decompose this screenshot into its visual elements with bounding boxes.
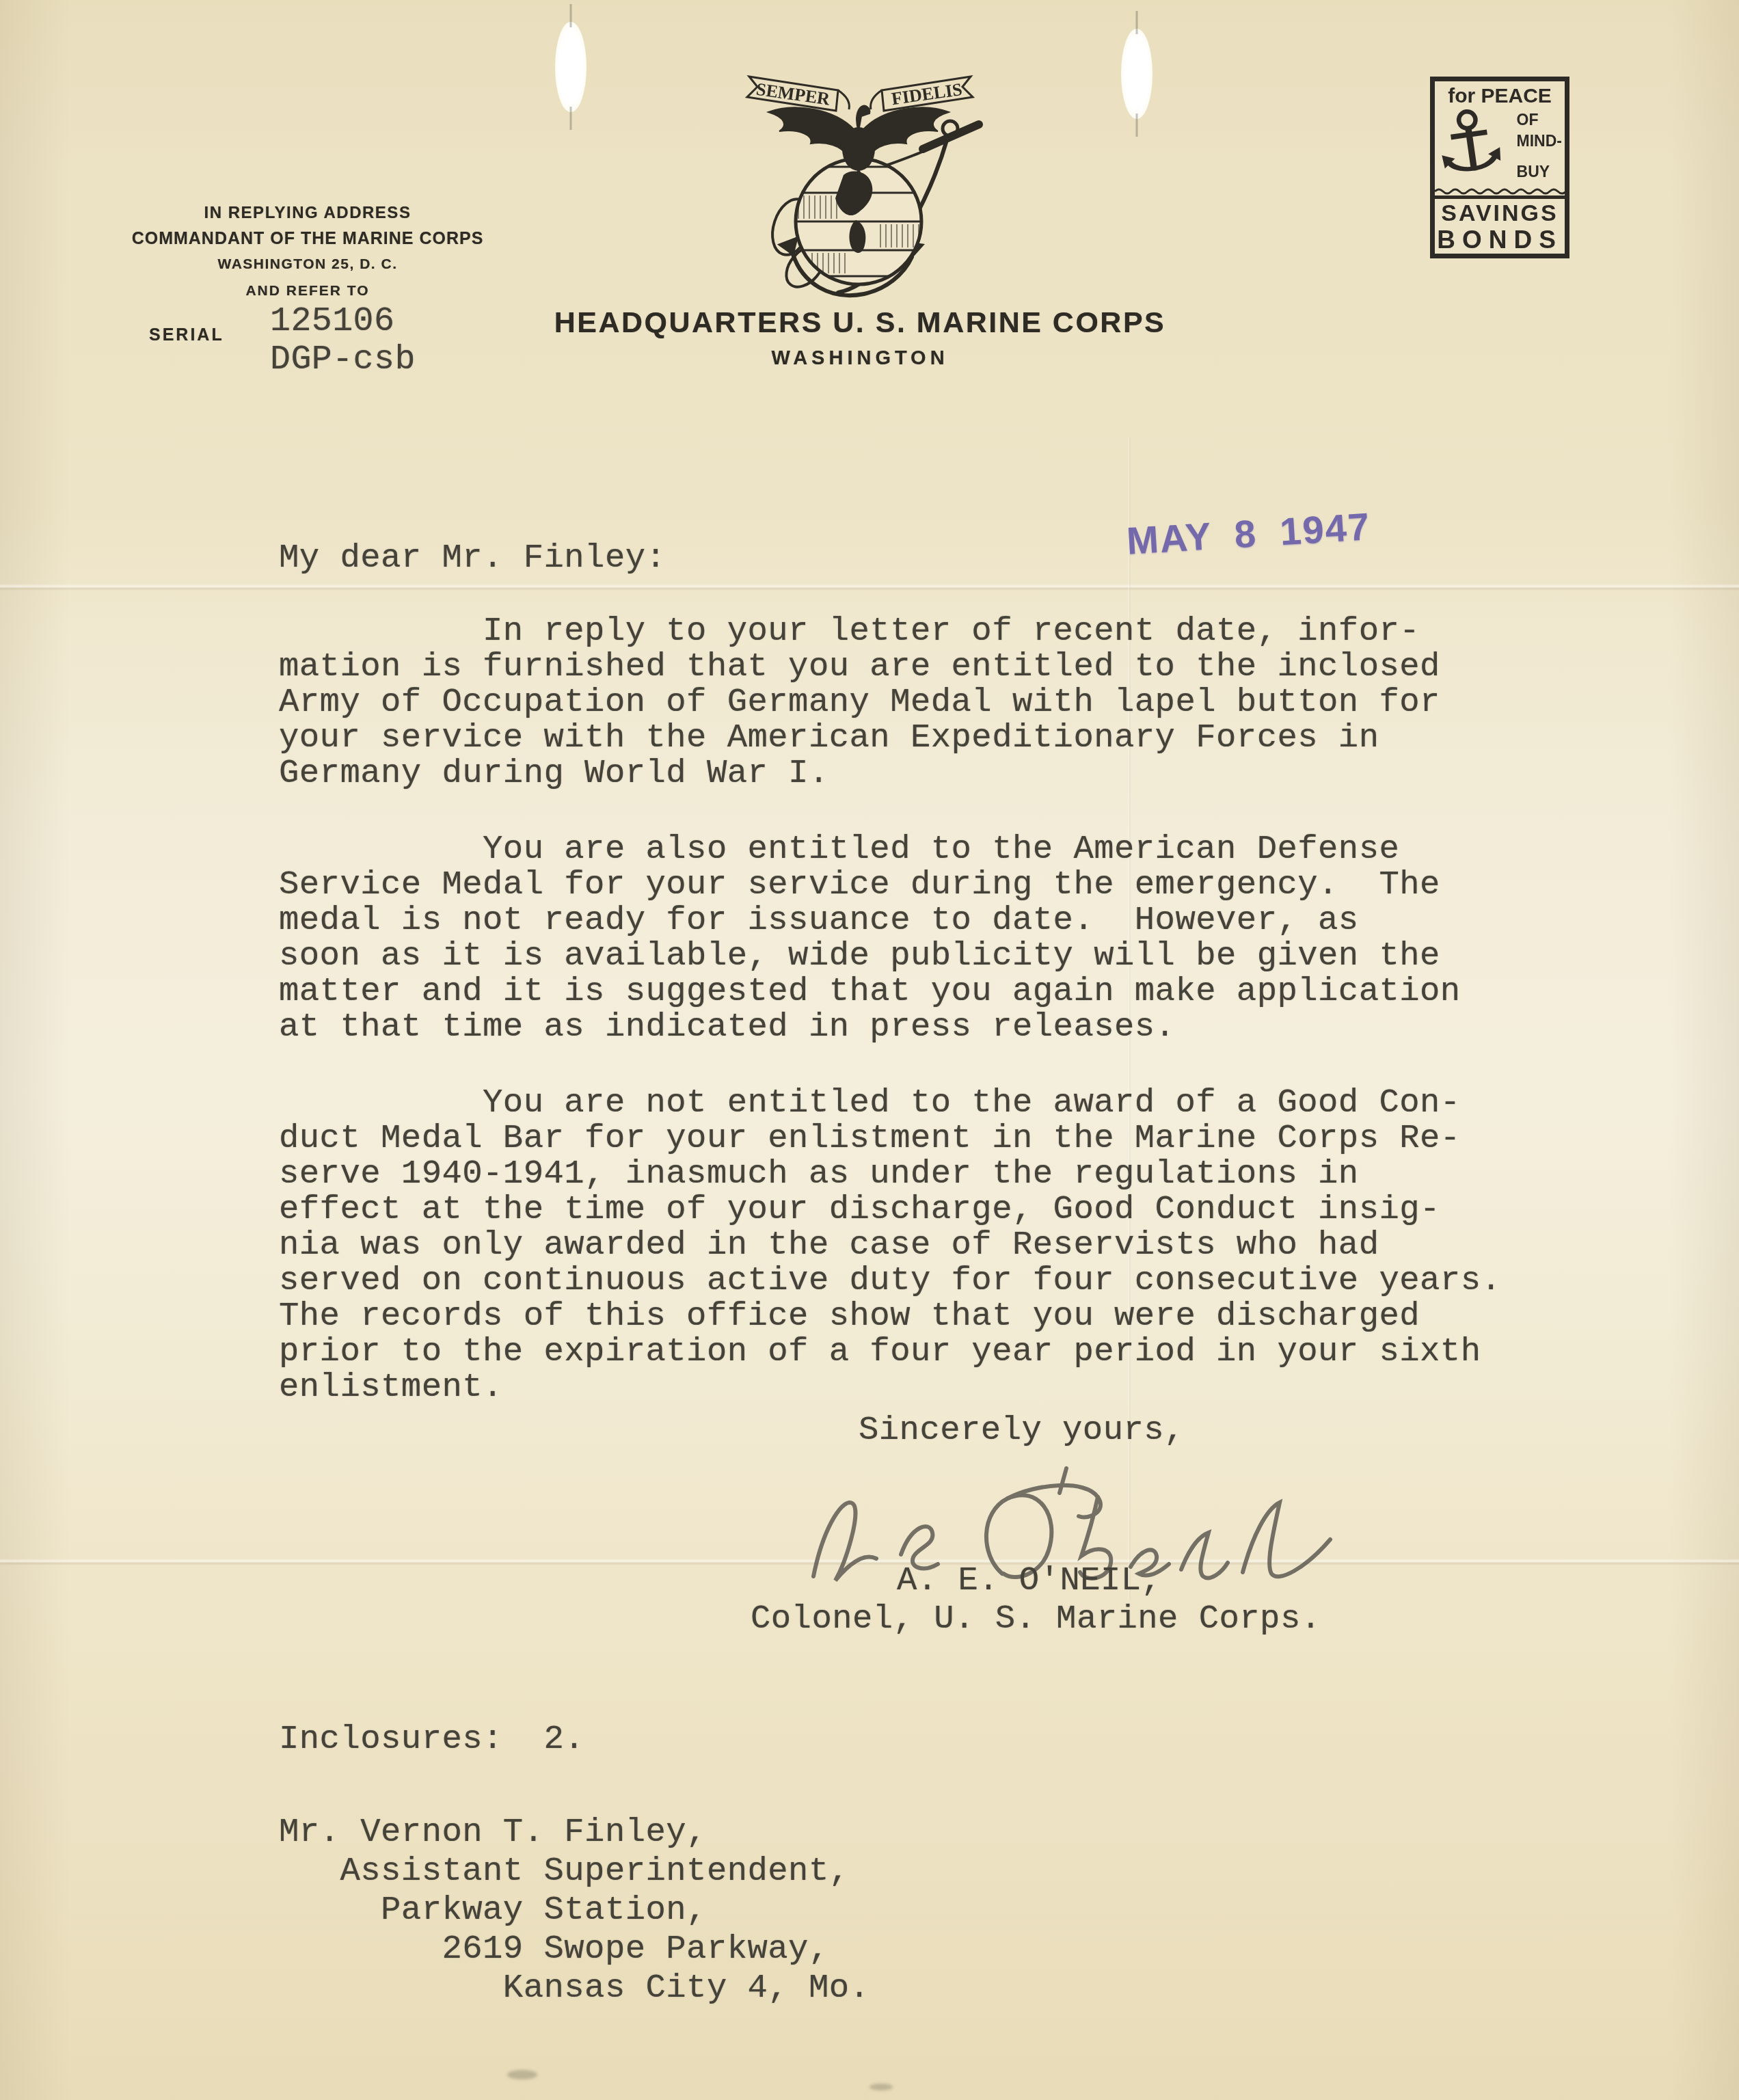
salutation: My dear Mr. Finley:: [279, 540, 666, 576]
serial-label: SERIAL: [149, 325, 224, 345]
water-wave-line: [1435, 186, 1565, 196]
hq-city: WASHINGTON: [771, 347, 948, 370]
scan-smudge: [869, 2084, 893, 2090]
letter-body: In reply to your letter of recent date, …: [279, 613, 1537, 1445]
reply-line-1: IN REPLYING ADDRESS: [103, 204, 513, 223]
letterhead-reply-block: IN REPLYING ADDRESS COMMANDANT OF THE MA…: [103, 204, 513, 299]
hq-title: HEADQUARTERS U. S. MARINE CORPS: [554, 306, 1166, 340]
scan-smudge: [507, 2070, 537, 2079]
date-stamp: MAY 8 1947: [1125, 504, 1371, 563]
reply-line-4: AND REFER TO: [103, 283, 513, 299]
fold-crease-top: [0, 584, 1739, 591]
recipient-address: Mr. Vernon T. Finley, Assistant Superint…: [279, 1813, 869, 2008]
paragraph-2: You are also entitled to the American De…: [279, 831, 1537, 1045]
stamp-middle: ⚓ OF MIND- BUY: [1435, 108, 1565, 196]
stamp-savings: SAVINGS: [1435, 200, 1565, 226]
closing: Sincerely yours,: [859, 1412, 1185, 1448]
reply-line-3: WASHINGTON 25, D. C.: [103, 256, 513, 273]
stamp-mind: MIND-: [1517, 131, 1562, 152]
serial-number: 125106 DGP-csb: [270, 303, 416, 379]
eagle-globe-anchor-emblem: SEMPER FIDELIS: [710, 66, 1010, 304]
letter-page: IN REPLYING ADDRESS COMMANDANT OF THE MA…: [0, 0, 1739, 2100]
signature-title: Colonel, U. S. Marine Corps.: [751, 1601, 1321, 1637]
enclosures-line: Inclosures: 2.: [279, 1721, 584, 1757]
reply-line-2: COMMANDANT OF THE MARINE CORPS: [103, 229, 513, 249]
punch-hole-right: [1121, 29, 1152, 119]
anchor-icon: ⚓: [1427, 95, 1512, 188]
stamp-bottom: SAVINGS BONDS: [1435, 196, 1565, 254]
stamp-buy: BUY: [1517, 161, 1562, 183]
paragraph-3: You are not entitled to the award of a G…: [279, 1085, 1537, 1405]
stamp-bonds: BONDS: [1435, 226, 1565, 254]
signature-typed-name: A. E. O'NEIL,: [897, 1563, 1161, 1598]
paragraph-1: In reply to your letter of recent date, …: [279, 613, 1537, 791]
stamp-right-column: OF MIND- BUY: [1517, 109, 1562, 183]
savings-bonds-stamp: for PEACE ⚓ OF MIND- BUY SAVINGS BONDS: [1430, 77, 1569, 258]
stamp-of: OF: [1517, 109, 1562, 131]
punch-hole-left: [555, 22, 587, 112]
